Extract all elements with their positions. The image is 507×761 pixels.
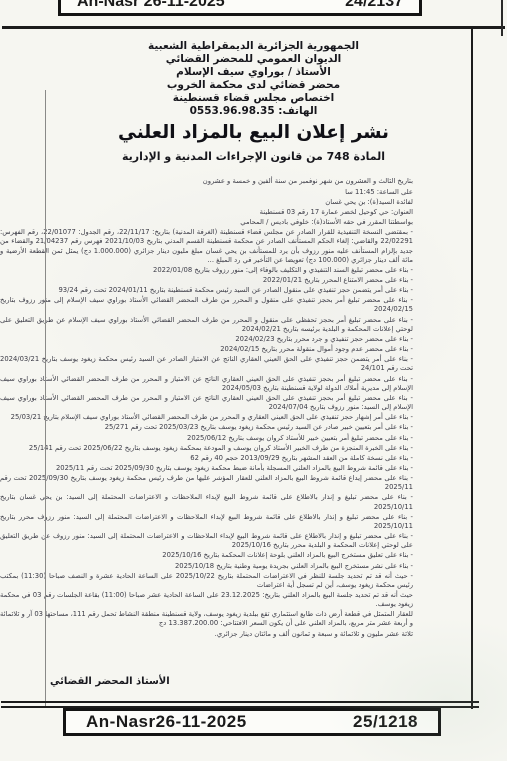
body-paragraph: - بناء على نشر مستخرج البيع بالمزاد العل… [0,562,413,571]
top-stamp-number: 24/2137 [345,0,403,11]
body-paragraph: بتاريخ الثالث و العشرون من شهر نوفمبر من… [0,177,413,186]
letterhead-line: اختصاص مجلس قضاء قسنطينة [0,92,507,105]
body-paragraph: - بناء على محضر تبليغ و إنذار بالاطلاع ع… [0,513,413,531]
body-paragraph: للعقار المتمثل في قطعة أرض ذات طابع استث… [0,610,413,628]
top-date-stamp: An-Nasr 26-11-2025 24/2137 [58,0,422,16]
body-paragraph: - بناء على أمر بتعيين خبير صادر عن السيد… [0,423,413,432]
body-paragraph: - بناء على محضر تبليغ و إنذار بالاطلاع ع… [0,493,413,511]
body-paragraph: لفائدة السيد(ة): بن يحي غسان [0,198,413,207]
body-paragraph: - بناء على أمر يتضمن حجز تنفيذي على منقو… [0,286,413,295]
body-paragraph: - بناء على محضر عدم وجود أموال منقولة مح… [0,345,413,354]
body-paragraph: - بناء على أمر يتضمن حجز تنفيذي على الحق… [0,355,413,373]
letterhead-line: الأستاذ / بوراوي سيف الإسلام [0,66,507,79]
body-paragraph: - بمقتضى النسخة التنفيذية للقرار الصادر … [0,228,413,265]
body-paragraph: العنوان: حي كوحيل لخضر عمارة 17 رقم 03 ق… [0,208,413,217]
body-paragraph: حيث أنه قد تم تحديد جلسة البيع بالمزاد ا… [0,591,413,609]
page-frame-bottom-rule-1 [1,701,479,703]
body-paragraph: ثلاثة عشر مليون و ثلاثمائة و سبعة و ثمان… [0,630,413,639]
body-paragraph: - بناء على نسخة كاملة من العقد المشهر بت… [0,454,413,463]
body-paragraph: - بناء على أمر إشهار حجز تنفيذي على الحق… [0,413,413,422]
body-paragraph: - بناء على محضر تبليغ و إنذار بالاطلاع ع… [0,532,413,550]
page-frame-left-rule [45,90,46,707]
body-paragraph: - بناء على محضر إيداع قائمة شروط البيع ب… [0,474,413,492]
body-paragraph: - بناء على قائمة شروط البيع بالمزاد العل… [0,464,413,473]
letterhead-line: محضر قضائي لدى محكمة الخروب [0,79,507,92]
page-frame-top-rule [2,26,505,29]
body-paragraph: - بناء على محضر تبليغ أمر بحجز تنفيذي عل… [0,375,413,393]
letterhead-line: الديوان العمومي للمحضر القضائي [0,53,507,66]
bottom-stamp-number: 25/1218 [353,712,418,732]
body-paragraph: - بناء على محضر تبليغ أمر بحجز تنفيذي عل… [0,296,413,314]
body-paragraph: - بناء على محضر تبليغ أمر بتعيين خبير لل… [0,434,413,443]
body-paragraph: على الساعة: 11:45 سا [0,188,413,197]
notice-title: نشر إعلان البيع بالمزاد العلني [0,122,507,143]
letterhead-line: الهاتف: 0553.96.98.35 [0,105,507,118]
bottom-date-stamp: An-Nasr26-11-2025 25/1218 [63,708,441,736]
body-paragraph: - بناء على الخبرة المنجزة من طرف الخبير … [0,444,413,453]
body-paragraph: - بناء على محضر الامتناع المحرر بتاريخ 2… [0,276,413,285]
body-paragraph: - بناء على تعليق مستخرج البيع بالمزاد ال… [0,551,413,560]
page-frame-right-rule [471,27,473,709]
notice-body: بتاريخ الثالث و العشرون من شهر نوفمبر من… [0,177,413,638]
letterhead-line: الجمهورية الجزائرية الديمقراطية الشعبية [0,40,507,53]
body-paragraph: - بناء على محضر تبليغ أمر بحجز تحفظي على… [0,316,413,334]
body-paragraph: - بناء على محضر تبليغ السند التنفيذي و ا… [0,266,413,275]
top-stamp-name-date: An-Nasr 26-11-2025 [77,0,225,11]
scanned-document-page: An-Nasr 26-11-2025 24/2137 الجمهورية الج… [0,0,507,761]
body-paragraph: بواسطتنا المقرر في حقه الأستاذ(ة): خلوفي… [0,218,413,227]
scan-edge-mark [501,0,503,36]
body-paragraph: - حيث أنه قد تم تحديد جلسة للنظر في الاع… [0,572,413,590]
body-paragraph: - بناء على محضر تبليغ أمر بحجز تنفيذي عل… [0,394,413,412]
notice-subtitle: المادة 748 من قانون الإجراءات المدنية و … [0,150,507,163]
body-paragraph: - بناء على محضر حجز تنفيذي و جرد محرر بت… [0,335,413,344]
bailiff-signature: الأستاذ المحضر القضائي [50,676,170,687]
bottom-stamp-name-date: An-Nasr26-11-2025 [86,712,247,732]
letterhead: الجمهورية الجزائرية الديمقراطية الشعبية … [0,40,507,117]
